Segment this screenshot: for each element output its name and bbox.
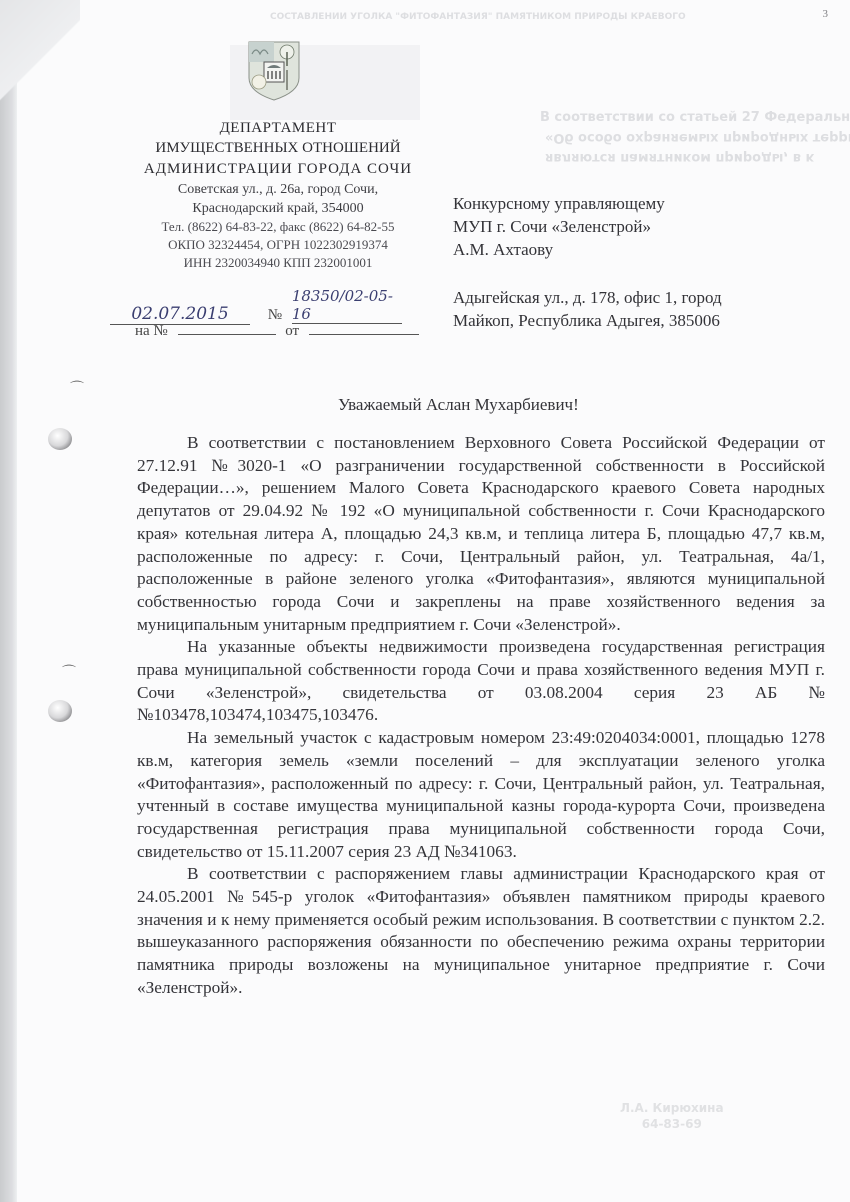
salutation: Уважаемый Аслан Мухарбиевич! — [338, 395, 579, 415]
letterhead-line1: ДЕПАРТАМЕНТ — [128, 118, 428, 138]
recipient-address1: Адыгейская ул., д. 178, офис 1, город — [453, 286, 722, 309]
bleed-through-top: СОСТАВЛЕНИИ УГОЛКА "ФИТОФАНТАЗИЯ" ПАМЯТН… — [270, 12, 686, 22]
reference-line: на № от — [135, 320, 419, 340]
coat-of-arms-icon — [247, 40, 301, 102]
scan-edge — [0, 0, 17, 1202]
recipient-title: Конкурсному управляющему — [453, 192, 665, 215]
page-corner-fold — [0, 0, 80, 140]
letterhead: ДЕПАРТАМЕНТ ИМУЩЕСТВЕННЫХ ОТНОШЕНИЙ АДМИ… — [128, 118, 428, 272]
recipient-org: МУП г. Сочи «Зеленстрой» — [453, 215, 665, 238]
bleed-through-signature: Л.А. Кирюхина 64-83-69 — [620, 1100, 724, 1132]
letterhead-line2: ИМУЩЕСТВЕННЫХ ОТНОШЕНИЙ — [128, 138, 428, 158]
recipient-address2: Майкоп, Республика Адыгея, 385006 — [453, 309, 722, 332]
recipient-block: Конкурсному управляющему МУП г. Сочи «Зе… — [453, 192, 665, 261]
ref-number-label: на № — [135, 323, 168, 339]
punch-hole-bottom — [48, 700, 72, 722]
page-number-mark: 3 — [823, 8, 829, 20]
letterhead-inn-kpp: ИНН 2320034940 КПП 232001001 — [128, 254, 428, 272]
from-label: от — [285, 323, 299, 339]
letterhead-address2: Краснодарский край, 354000 — [128, 199, 428, 218]
body-paragraph: На указанные объекты недвижимости произв… — [137, 636, 825, 727]
bleed-through-line2: «Об особо охраняемых природных территори… — [545, 130, 850, 145]
letter-body: В соответствии с постановлением Верховно… — [137, 432, 825, 1000]
from-date-field — [309, 320, 419, 335]
bleed-through-line3: являются памятником природы, в к — [545, 150, 814, 165]
letterhead-okpo-ogrn: ОКПО 32324454, ОГРН 1022302919374 — [128, 236, 428, 254]
recipient-address: Адыгейская ул., д. 178, офис 1, город Ма… — [453, 286, 722, 332]
bleed-through-line1: В соответствии со статьей 27 Федеральног… — [540, 110, 850, 125]
body-paragraph: В соответствии с распоряжением главы адм… — [137, 863, 825, 999]
margin-mark: ⌒ — [70, 378, 84, 398]
registration-number: 18350/02-05-16 — [292, 287, 402, 324]
letterhead-phone: Тел. (8622) 64-83-22, факс (8622) 64-82-… — [128, 218, 428, 236]
ref-number-field — [178, 320, 276, 335]
letterhead-line3: АДМИНИСТРАЦИИ ГОРОДА СОЧИ — [128, 158, 428, 180]
margin-mark: ⌒ — [62, 662, 76, 682]
punch-hole-top — [48, 428, 72, 450]
body-paragraph: На земельный участок с кадастровым номер… — [137, 727, 825, 863]
letterhead-address1: Советская ул., д. 26а, город Сочи, — [128, 180, 428, 199]
body-paragraph: В соответствии с постановлением Верховно… — [137, 432, 825, 636]
recipient-name: А.М. Ахтаову — [453, 238, 665, 261]
